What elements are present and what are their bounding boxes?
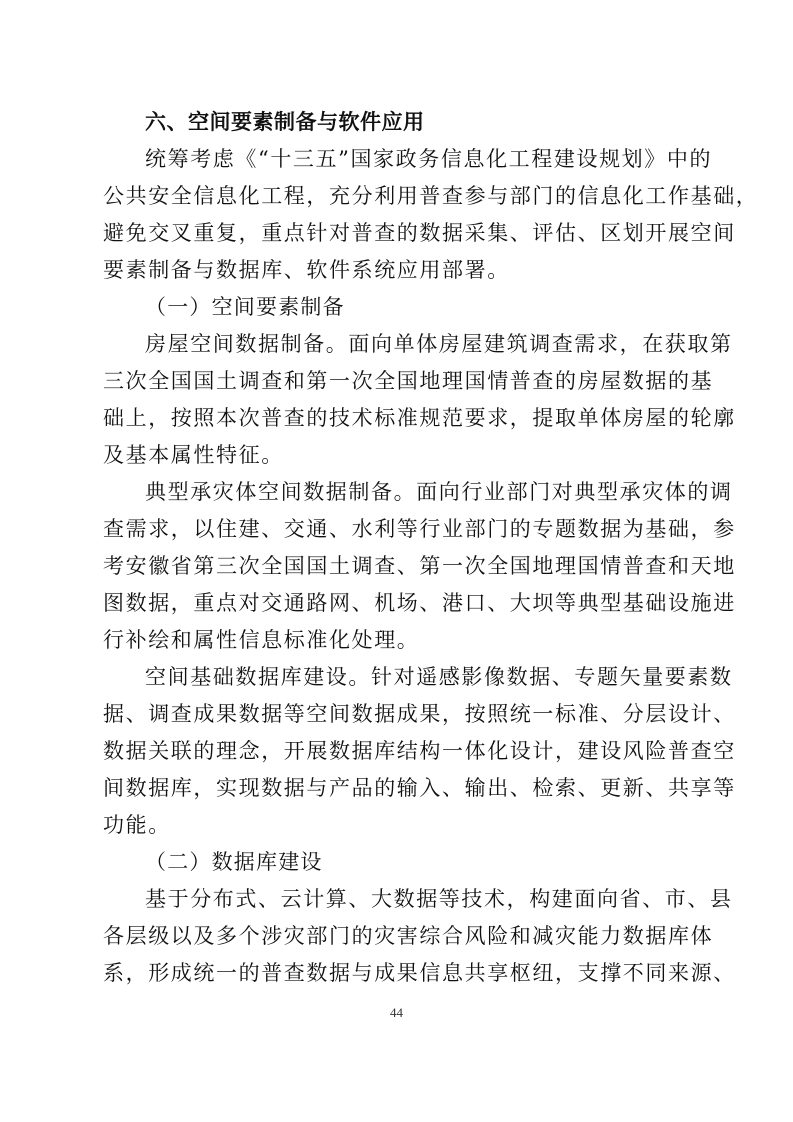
subsection-heading-2: （二）数据库建设	[145, 844, 323, 881]
subsection-heading-1: （一）空间要素制备	[145, 289, 345, 326]
text-line: 典型承灾体空间数据制备。面向行业部门对典型承灾体的调	[145, 474, 691, 511]
text-line: 统筹考虑《“十三五”国家政务信息化工程建设规划》中的	[145, 141, 691, 178]
document-page: 六、空间要素制备与软件应用 统筹考虑《“十三五”国家政务信息化工程建设规划》中的…	[0, 0, 793, 1122]
text-line: 房屋空间数据制备。面向单体房屋建筑调查需求，在获取第	[145, 326, 691, 363]
text-line: 及基本属性特征。	[103, 437, 691, 474]
text-line: 据、调查成果数据等空间数据成果，按照统一标准、分层设计、	[103, 696, 691, 733]
text-line: 各层级以及多个涉灾部门的灾害综合风险和减灾能力数据库体	[103, 918, 691, 955]
text-line: 公共安全信息化工程，充分利用普查参与部门的信息化工作基础，	[103, 178, 691, 215]
text-line: 行补绘和属性信息标准化处理。	[103, 622, 691, 659]
text-line: 系，形成统一的普查数据与成果信息共享枢纽，支撑不同来源、	[103, 955, 691, 992]
text-line: 功能。	[103, 807, 691, 844]
text-line: 础上，按照本次普查的技术标准规范要求，提取单体房屋的轮廓	[103, 400, 691, 437]
text-line: 空间基础数据库建设。针对遥感影像数据、专题矢量要素数	[145, 659, 691, 696]
text-line: 图数据，重点对交通路网、机场、港口、大坝等典型基础设施进	[103, 585, 691, 622]
page-number: 44	[0, 1005, 793, 1021]
text-line: 查需求，以住建、交通、水利等行业部门的专题数据为基础，参	[103, 511, 691, 548]
text-line: 三次全国国土调查和第一次全国地理国情普查的房屋数据的基	[103, 363, 691, 400]
text-line: 避免交叉重复，重点针对普查的数据采集、评估、区划开展空间	[103, 215, 691, 252]
text-line: 基于分布式、云计算、大数据等技术，构建面向省、市、县	[145, 881, 691, 918]
text-line: 间数据库，实现数据与产品的输入、输出、检索、更新、共享等	[103, 770, 691, 807]
text-line: 要素制备与数据库、软件系统应用部署。	[103, 252, 691, 289]
text-line: 数据关联的理念，开展数据库结构一体化设计，建设风险普查空	[103, 733, 691, 770]
text-line: 考安徽省第三次全国国土调查、第一次全国地理国情普查和天地	[103, 548, 691, 585]
section-heading: 六、空间要素制备与软件应用	[145, 104, 425, 141]
